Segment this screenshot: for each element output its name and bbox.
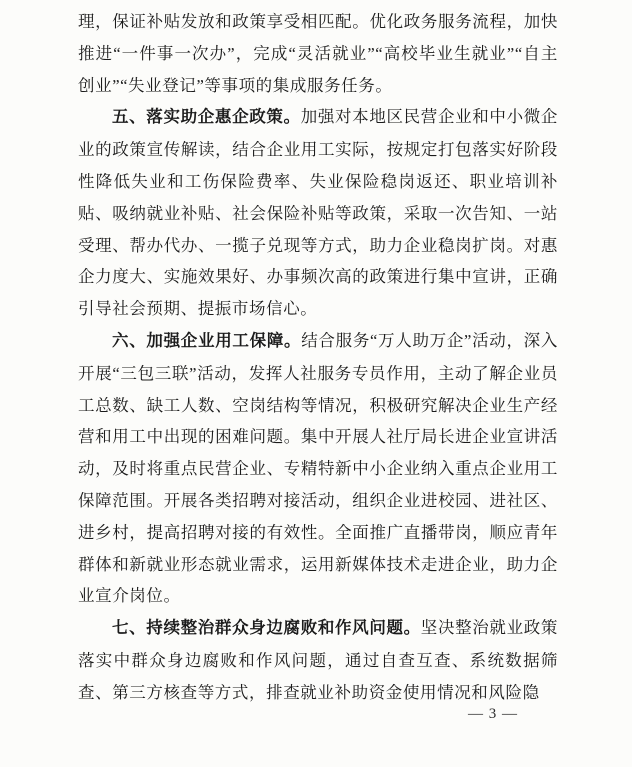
paragraph: 五、落实助企惠企政策。加强对本地区民营企业和中小微企业的政策宣传解读，结合企业用… <box>78 101 558 325</box>
paragraph: 理，保证补贴发放和政策享受相匹配。优化政务服务流程，加快推进“一件事一次办”，完… <box>78 6 558 101</box>
paragraph: 七、持续整治群众身边腐败和作风问题。坚决整治就业政策落实中群众身边腐败和作风问题… <box>78 612 558 708</box>
paragraph-heading: 六、加强企业用工保障。 <box>112 332 301 350</box>
document-body: 理，保证补贴发放和政策享受相匹配。优化政务服务流程，加快推进“一件事一次办”，完… <box>78 6 558 709</box>
paragraph-heading: 五、落实助企惠企政策。 <box>112 108 301 126</box>
document-page: 理，保证补贴发放和政策享受相匹配。优化政务服务流程，加快推进“一件事一次办”，完… <box>0 0 632 767</box>
paragraph-heading: 七、持续整治群众身边腐败和作风问题。 <box>112 619 421 637</box>
page-number: — 3 — <box>468 706 538 723</box>
paragraph: 六、加强企业用工保障。结合服务“万人助万企”活动，深入开展“三包三联”活动，发挥… <box>78 325 558 612</box>
